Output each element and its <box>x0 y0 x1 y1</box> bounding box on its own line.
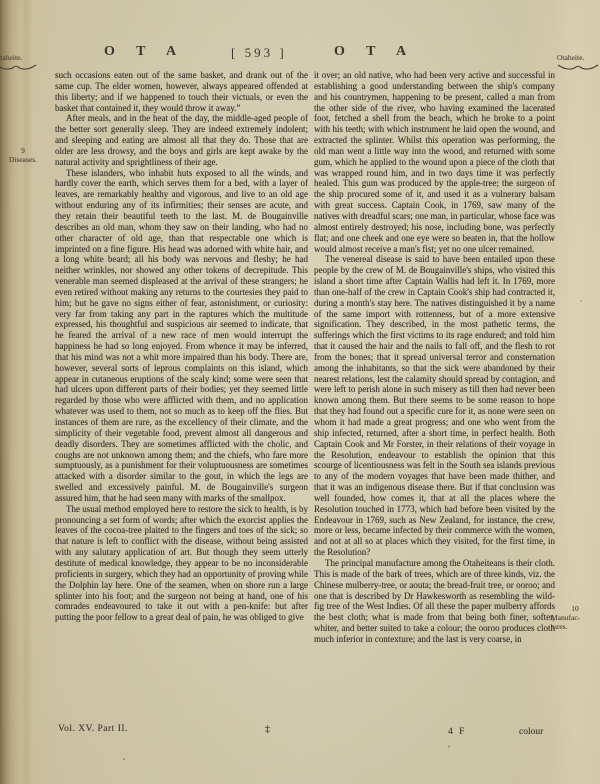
gathering-signature: 4 F <box>448 727 466 737</box>
paper-speck <box>123 758 125 760</box>
paragraph: These islanders, who inhabit huts expose… <box>55 168 308 504</box>
brace-ornament-icon <box>557 63 599 71</box>
margin-note-label: Otaheite. <box>557 53 584 62</box>
left-column: such occasions eaten out of the same bas… <box>55 70 308 726</box>
paragraph: it over; an old native, who had been ver… <box>314 70 555 254</box>
paragraph: After meals, and in the heat of the day,… <box>55 113 308 167</box>
section-number: 9 <box>0 146 49 155</box>
paper-speck <box>448 745 450 748</box>
paper-speck <box>580 300 582 302</box>
paragraph: The principal manufacture among the Otah… <box>314 558 555 645</box>
section-label: Diseases. <box>9 155 37 164</box>
running-title-right: O T A <box>334 44 415 60</box>
paragraph: such occasions eaten out of the same bas… <box>55 70 308 113</box>
paragraph: The venereal disease is said to have bee… <box>314 254 555 558</box>
margin-note-manufactures: 10 Manufac- tures. <box>551 604 599 631</box>
page-number: [ 593 ] <box>231 45 287 61</box>
margin-note-diseases: 9 Diseases. <box>0 146 49 164</box>
section-label-line1: Manufac- <box>551 613 580 622</box>
volume-signature: Vol. XV. Part II. <box>58 724 128 734</box>
paragraph: The usual method employed here to restor… <box>55 504 308 623</box>
margin-note-otaheite-right: Otaheite. <box>557 53 599 71</box>
right-column: it over; an old native, who had been ver… <box>314 70 555 726</box>
brace-ornament-icon <box>0 63 37 71</box>
scanned-book-page: O T A [ 593 ] O T A Otaheite. 9 Diseases… <box>0 0 600 784</box>
printers-mark: ‡ <box>265 724 270 735</box>
margin-note-otaheite-left: Otaheite. <box>0 53 37 71</box>
catchword: colour <box>519 727 543 737</box>
section-number: 10 <box>551 604 599 613</box>
running-title-left: O T A <box>104 44 185 60</box>
margin-note-label: Otaheite. <box>0 53 22 62</box>
